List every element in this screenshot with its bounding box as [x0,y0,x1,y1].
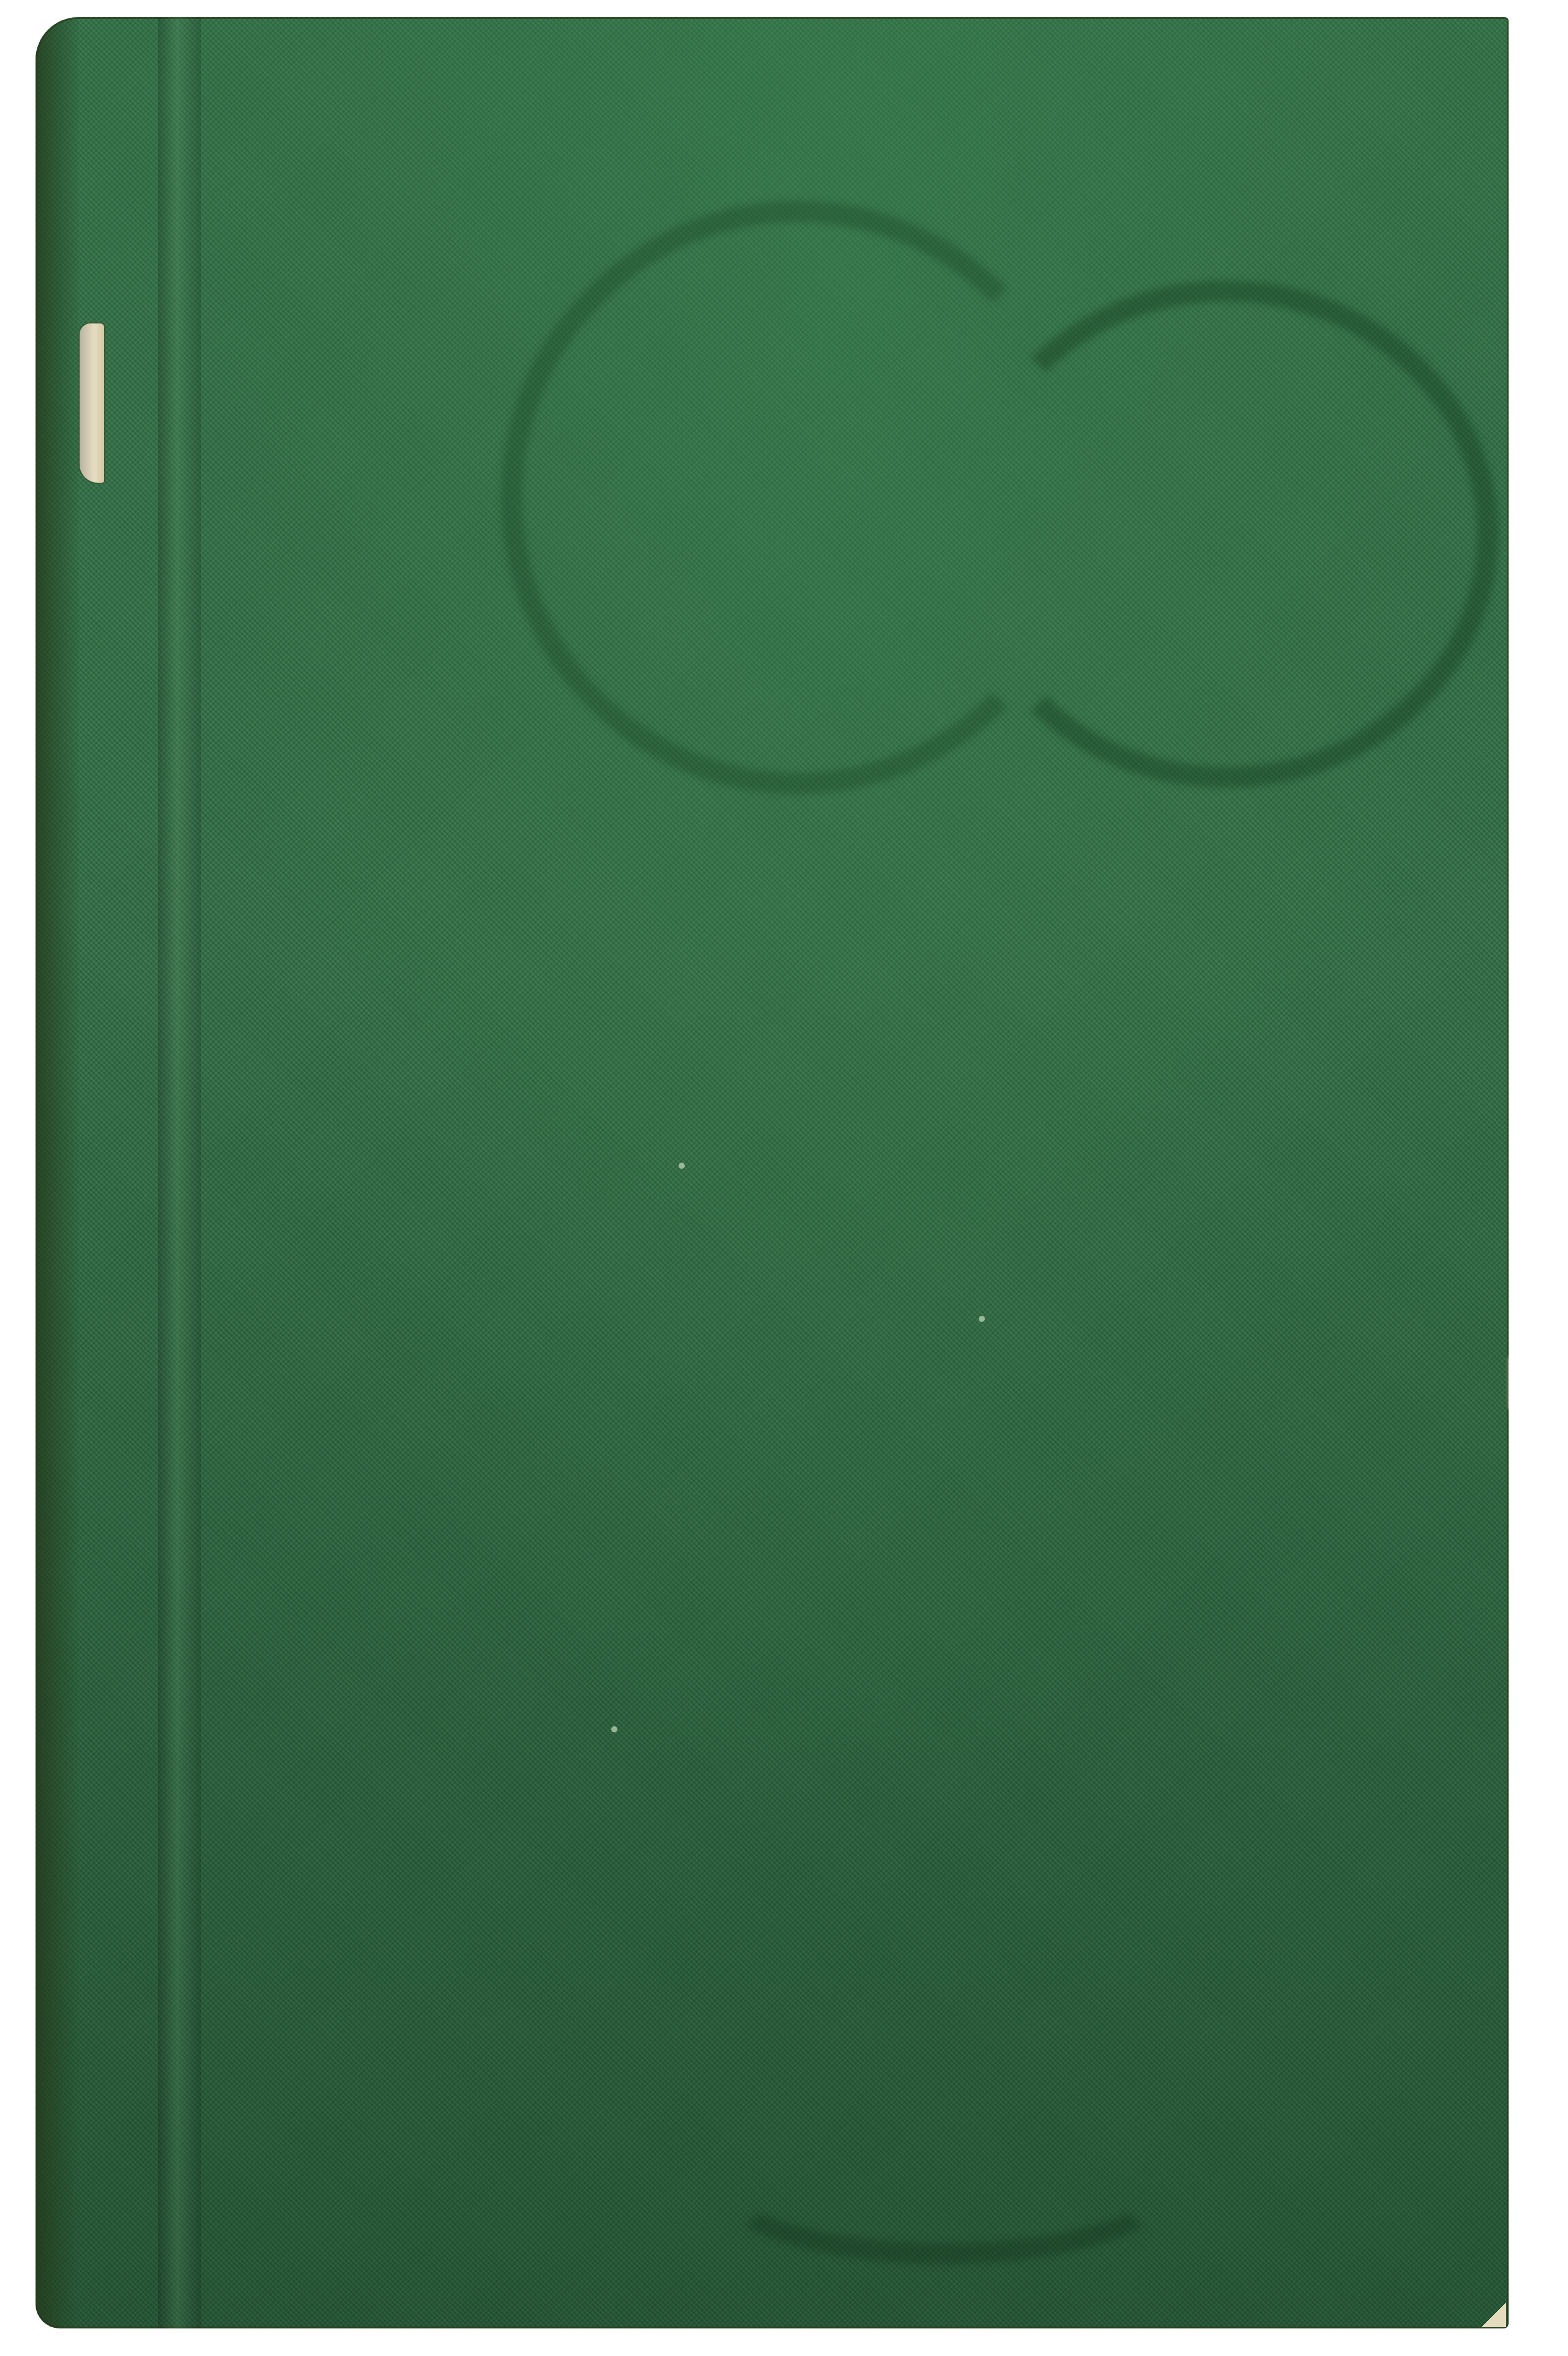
bottom-stain [709,2100,1180,2264]
book-cover [36,17,1509,2328]
worn-corner [1482,2303,1506,2327]
spine-hinge-ridge [158,17,201,2328]
speck [979,1316,985,1322]
spine-paper-label [80,323,104,483]
spine-edge [36,17,78,2328]
speck [611,1726,617,1732]
speck [679,1163,685,1169]
water-stain-ring-right [954,281,1498,788]
photo-background [0,0,1568,2356]
